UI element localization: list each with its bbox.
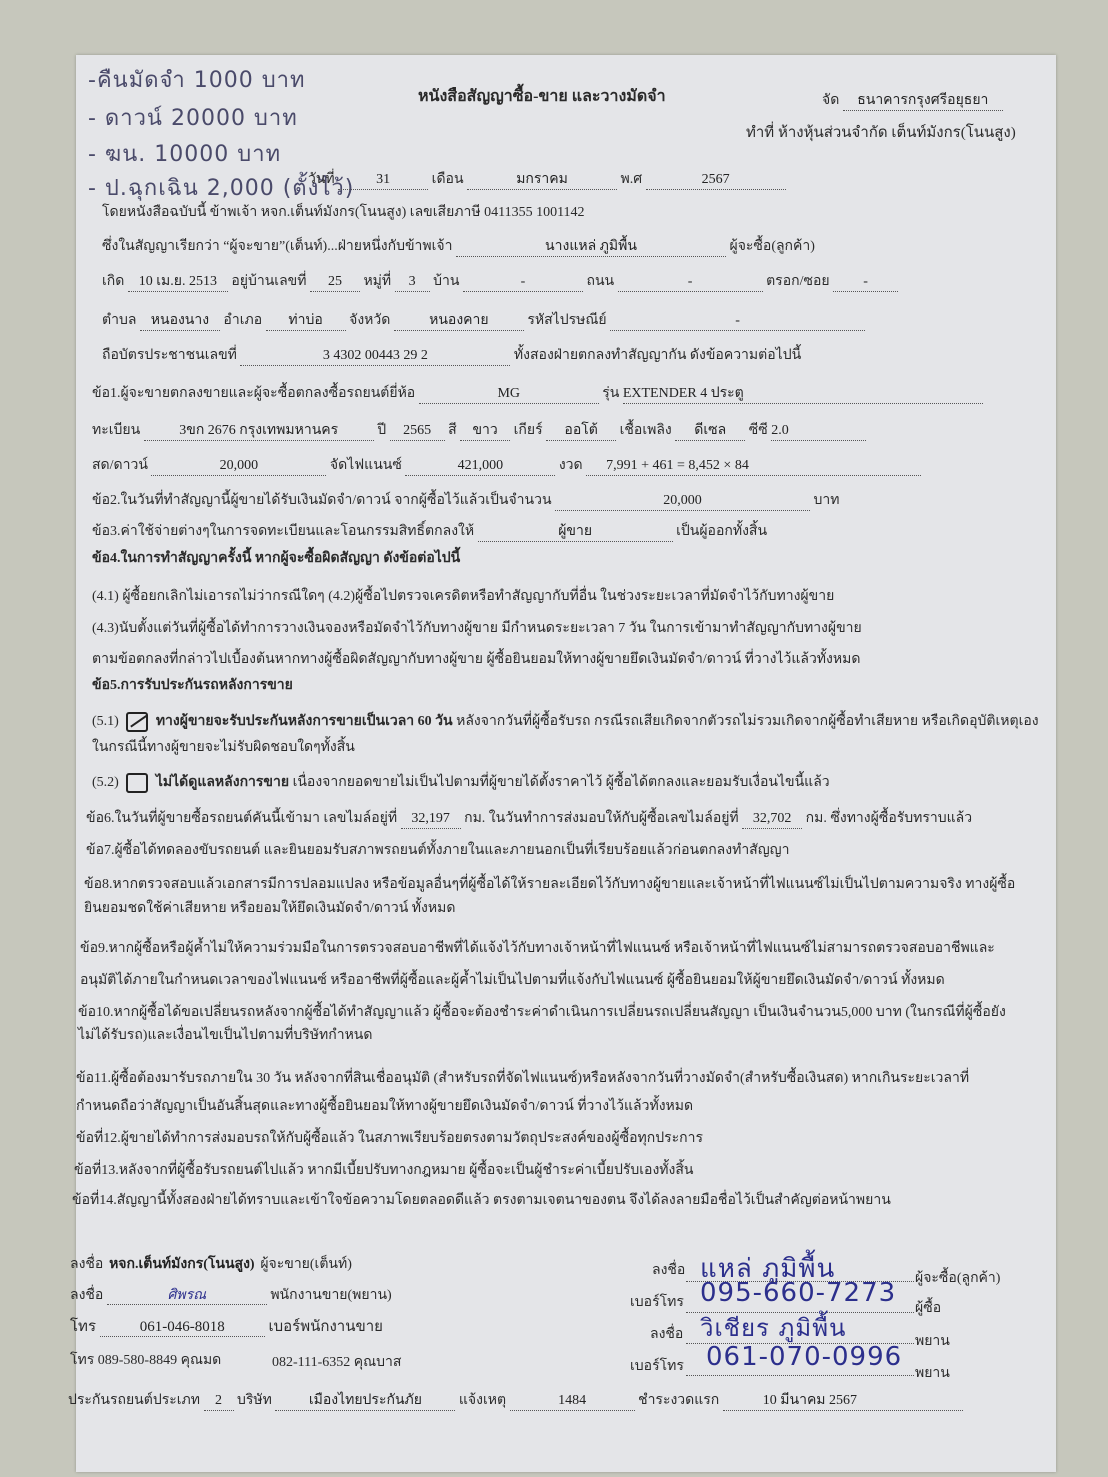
made-at: ทำที่ ห้างหุ้นส่วนจำกัด เต็นท์มังกร(โนนส… (746, 124, 1016, 142)
salesperson-signature-line: ลงชื่อ ศิพรณ พนักงานขาย(พยาน) (70, 1286, 392, 1305)
finance-label: จัด (822, 93, 839, 108)
clause-6-mid: กม. ในวันทำการส่งมอบให้กับผู้ซื้อเลขไมล์… (464, 811, 739, 826)
handwritten-note: - ดาวน์ 20000 บาท (88, 100, 298, 135)
buyer-phone-label: เบอร์โทร (630, 1294, 684, 1312)
clause-9a: ข้อ9.หากผู้ซื้อหรือผู้ค้ำไม่ให้ความร่วมม… (80, 940, 995, 958)
location-line: ตำบล หนองนาง อำเภอ ท่าบ่อ จังหวัด หนองคา… (102, 312, 865, 331)
soi-label: ตรอก/ซอย (766, 274, 830, 289)
clause-4-3b: ตามข้อตกลงที่กล่าวไปเบื้องต้นหากทางผู้ซื… (92, 651, 860, 669)
warranty-checkbox-checked[interactable] (126, 712, 148, 732)
installment: 7,991 + 461 = 8,452 × 84 (586, 457, 921, 476)
clause-3-suffix: เป็นผู้ออกทั้งสิ้น (676, 524, 767, 539)
sales-tel: 061-046-8018 (100, 1318, 265, 1337)
plate-label: ทะเบียน (92, 423, 140, 438)
handwritten-note: -คืนมัดจำ 1000 บาท (88, 62, 306, 97)
buyer-phone-role: ผู้ซื้อ (915, 1300, 941, 1318)
contact-1: โทร 089-580-8849 คุณมด (70, 1352, 221, 1370)
insurance-type-label: ประกันรถยนต์ประเภท (68, 1393, 200, 1408)
clause-6: ข้อ6.ในวันที่ผู้ขายซื้อรถยนต์คันนี้เข้าม… (86, 810, 972, 829)
cc-label: ซีซี (749, 423, 768, 438)
clause1-label: ข้อ1.ผู้จะขายตกลงขายและผู้จะซื้อตกลงซื้อ… (92, 386, 415, 401)
clause-10a: ข้อ10.หากผู้ซื้อได้ขอเปลี่ยนรถหลังจากผู้… (78, 1004, 1006, 1022)
clause-5-1: (5.1) ทางผู้ขายจะรับประกันหลังการขายเป็น… (92, 712, 1039, 732)
clause-4-title: ข้อ4.ในการทำสัญญาครั้งนี้ หากผู้จะซื้อผิ… (92, 550, 460, 568)
date-label: วันที่ (308, 172, 335, 187)
subdistrict-label: ตำบล (102, 313, 136, 328)
address-line: เกิด 10 เม.ย. 2513 อยู่บ้านเลขที่ 25 หมู… (102, 273, 898, 292)
sign-label: ลงชื่อ (70, 1257, 103, 1272)
clause-6-text: ข้อ6.ในวันที่ผู้ขายซื้อรถยนต์คันนี้เข้าม… (86, 811, 397, 826)
clause-5-1-cont: ในกรณีนี้ทางผู้ขายจะไม่รับผิดชอบใดๆทั้งส… (92, 739, 355, 757)
contact-2: 082-111-6352 คุณบาส (272, 1354, 401, 1372)
id-line: ถือบัตรประชาชนเลขที่ 3 4302 00443 29 2 ท… (102, 347, 801, 366)
vehicle-brand: MG (419, 385, 599, 404)
document-title: หนังสือสัญญาซื้อ-ขาย และวางมัดจำ (418, 88, 666, 106)
clause-11b: กำหนดถือว่าสัญญาเป็นอันสิ้นสุดและทางผู้ซ… (76, 1098, 693, 1116)
payment-line: สด/ดาวน์ 20,000 จัดไฟแนนซ์ 421,000 งวด 7… (92, 457, 921, 476)
clause-11a: ข้อ11.ผู้ซื้อต้องมารับรถภายใน 30 วัน หลั… (76, 1070, 969, 1088)
clause-10b: ไม่ได้รับรถ)และเงื่อนไขเป็นไปตามที่บริษั… (78, 1027, 372, 1045)
month-label: เดือน (432, 172, 464, 187)
buyer-phone: 095-660-7273 (700, 1278, 896, 1308)
district: ท่าบ่อ (266, 312, 346, 331)
insurance-type: 2 (204, 1392, 234, 1411)
buyer-role: ผู้จะซื้อ(ลูกค้า) (729, 239, 814, 254)
district-label: อำเภอ (223, 313, 262, 328)
insurance-line: ประกันรถยนต์ประเภท 2 บริษัท เมืองไทยประก… (68, 1392, 963, 1411)
id-label: ถือบัตรประชาชนเลขที่ (102, 348, 237, 363)
claim-label: แจ้งเหตุ (459, 1393, 506, 1408)
clause-8a: ข้อ8.หากตรวจสอบแล้วเอกสารมีการปลอมแปลง ห… (84, 876, 1015, 894)
year-value: 2567 (646, 171, 786, 190)
vehicle-gear: ออโต้ (546, 422, 616, 441)
vehicle-plate: 3ขก 2676 กรุงเทพมหานคร (144, 422, 374, 441)
down-label: สด/ดาวน์ (92, 458, 148, 473)
clause-2: ข้อ2.ในวันที่ทำสัญญานี้ผู้ขายได้รับเงินม… (92, 492, 840, 511)
gear-label: เกียร์ (514, 423, 543, 438)
clause-5-2-bold: ไม่ได้ดูแลหลังการขาย (156, 775, 289, 790)
clause-5-1-prefix: (5.1) (92, 714, 119, 729)
buyer-sign-label: ลงชื่อ (652, 1262, 685, 1280)
first-payment-label: ชำระงวดแรก (638, 1393, 719, 1408)
deposit-amount: 20,000 (555, 492, 810, 511)
moo: 3 (395, 273, 430, 292)
clause-5-1-text: หลังจากวันที่ผู้ซื้อรับรถ กรณีรถเสียเกิด… (456, 714, 1039, 729)
mileage-out: 32,702 (742, 810, 802, 829)
clause-4-1: (4.1) ผู้ซื้อยกเลิกไม่เอารถไม่ว่ากรณีใดๆ… (92, 588, 834, 606)
claim-number: 1484 (510, 1392, 635, 1411)
insurance-company-label: บริษัท (237, 1393, 272, 1408)
installment-label: งวด (559, 458, 583, 473)
seller-signature-line: ลงชื่อ หจก.เต็นท์มังกร(โนนสูง) ผู้จะขาย(… (70, 1256, 352, 1274)
seller-buyer-line: ซึ่งในสัญญาเรียกว่า “ผู้จะขาย”(เต็นท์)..… (102, 238, 815, 257)
plate-line: ทะเบียน 3ขก 2676 กรุงเทพมหานคร ปี 2565 ส… (92, 422, 866, 441)
buyer-name: นางแหล่ ภูมิพื้น (456, 238, 726, 257)
road-label: ถนน (586, 274, 614, 289)
vehicle-cc: 2.0 (771, 422, 866, 441)
id-suffix: ทั้งสองฝ่ายตกลงทำสัญญากัน ดังข้อความต่อไ… (514, 348, 801, 363)
witness-role: พยาน (915, 1333, 950, 1351)
witness-phone-line (686, 1375, 914, 1376)
finance-company: จัด ธนาคารกรุงศรีอยุธยา (822, 92, 1003, 111)
vehicle-model: EXTENDER 4 ประตู (623, 385, 983, 404)
vehicle-year: 2565 (390, 422, 445, 441)
clause-5-2: (5.2) ไม่ได้ดูแลหลังการขาย เนื่องจากยอดข… (92, 773, 830, 793)
year-label: พ.ศ (621, 172, 643, 187)
vehicle-line: ข้อ1.ผู้จะขายตกลงขายและผู้จะซื้อตกลงซื้อ… (92, 385, 983, 404)
sales-tel-role: เบอร์พนักงานขาย (269, 1319, 383, 1335)
village-label: บ้าน (433, 274, 459, 289)
province: หนองคาย (394, 312, 524, 331)
soi: - (833, 273, 898, 292)
finance-amount-label: จัดไฟแนนซ์ (330, 458, 402, 473)
intro-line: โดยหนังสือฉบับนี้ ข้าพเจ้า หจก.เต็นท์มัง… (102, 204, 585, 222)
moo-label: หมู่ที่ (363, 274, 391, 289)
clause-4-3a: (4.3)นับตั้งแต่วันที่ผู้ซื้อได้ทำการวางเ… (92, 620, 862, 638)
tel-label: โทร (70, 1319, 96, 1335)
clause-7: ข้อ7.ผู้ซื้อได้ทดลองขับรถยนต์ และยินยอมร… (86, 842, 789, 860)
clause-14: ข้อที่14.สัญญานี้ทั้งสองฝ่ายได้ทราบและเข… (72, 1192, 891, 1210)
seller-signature: หจก.เต็นท์มังกร(โนนสูง) (107, 1256, 257, 1274)
id-value: 3 4302 00443 29 2 (240, 347, 510, 366)
road: - (618, 273, 763, 292)
seller-role: ผู้จะขาย(เต็นท์) (260, 1257, 352, 1272)
subdistrict: หนองนาง (140, 312, 220, 331)
house-no-label: อยู่บ้านเลขที่ (231, 274, 306, 289)
no-warranty-checkbox[interactable] (126, 773, 148, 793)
down-payment: 20,000 (151, 457, 326, 476)
clause-5-1-bold: ทางผู้ขายจะรับประกันหลังการขายเป็นเวลา 6… (156, 714, 453, 729)
clause-3-party: ผู้ขาย (478, 523, 673, 542)
month-value: มกราคม (467, 171, 617, 190)
born-value: 10 เม.ย. 2513 (128, 273, 228, 292)
currency-unit: บาท (814, 493, 840, 508)
house-no: 25 (310, 273, 360, 292)
insurance-company: เมืองไทยประกันภัย (275, 1392, 455, 1411)
postcode: - (610, 312, 865, 331)
witness-phone-role: พยาน (915, 1365, 950, 1383)
finance-value: ธนาคารกรุงศรีอยุธยา (843, 92, 1003, 111)
handwritten-note: - ฆน. 10000 บาท (88, 136, 281, 171)
village: - (463, 273, 583, 292)
clause-9b: อนุมัติได้ภายในกำหนดเวลาของไฟแนนซ์ หรืออ… (80, 972, 945, 990)
sales-tel-line: โทร 061-046-8018 เบอร์พนักงานขาย (70, 1318, 383, 1337)
clause-3-text: ข้อ3.ค่าใช้จ่ายต่างๆในการจดทะเบียนและโอน… (92, 524, 474, 539)
color-label: สี (448, 423, 457, 438)
born-label: เกิด (102, 274, 124, 289)
vehicle-year-label: ปี (377, 423, 386, 438)
clause-5-2-text: เนื่องจากยอดขายไม่เป็นไปตามที่ผู้ขายได้ต… (293, 775, 830, 790)
clause-8b: ยินยอมชดใช้ค่าเสียหาย หรือยอมให้ยึดเงินม… (84, 900, 455, 918)
clause-3: ข้อ3.ค่าใช้จ่ายต่างๆในการจดทะเบียนและโอน… (92, 523, 767, 542)
witness-sign-label: ลงชื่อ (650, 1326, 683, 1344)
vehicle-fuel: ดีเซล (675, 422, 745, 441)
mileage-in: 32,197 (401, 810, 461, 829)
clause-2-text: ข้อ2.ในวันที่ทำสัญญานี้ผู้ขายได้รับเงินม… (92, 493, 552, 508)
buyer-sign-role: ผู้จะซื้อ(ลูกค้า) (915, 1270, 1000, 1288)
vehicle-color: ขาว (460, 422, 510, 441)
date-day: 31 (338, 171, 428, 190)
fuel-label: เชื้อเพลิง (620, 423, 672, 438)
witness-phone: 061-070-0996 (706, 1342, 902, 1372)
witness-phone-label: เบอร์โทร (630, 1358, 684, 1376)
clause-5-title: ข้อ5.การรับประกันรถหลังการขาย (92, 677, 293, 695)
clause-6-suffix: กม. ซึ่งทางผู้ซื้อรับทราบแล้ว (806, 811, 972, 826)
clause-12: ข้อที่12.ผู้ขายได้ทำการส่งมอบรถให้กับผู้… (76, 1130, 703, 1148)
clause-13: ข้อที่13.หลังจากที่ผู้ซื้อรับรถยนต์ไปแล้… (74, 1162, 693, 1180)
seller-line: ซึ่งในสัญญาเรียกว่า “ผู้จะขาย”(เต็นท์)..… (102, 239, 452, 254)
postcode-label: รหัสไปรษณีย์ (527, 313, 606, 328)
finance-amount: 421,000 (405, 457, 555, 476)
clause-5-2-prefix: (5.2) (92, 775, 119, 790)
sign-label: ลงชื่อ (70, 1288, 103, 1303)
salesperson-signature: ศิพรณ (107, 1286, 267, 1305)
salesperson-role: พนักงานขาย(พยาน) (270, 1288, 391, 1303)
province-label: จังหวัด (349, 313, 390, 328)
contract-date: วันที่ 31 เดือน มกราคม พ.ศ 2567 (308, 171, 786, 190)
first-payment-date: 10 มีนาคม 2567 (723, 1392, 963, 1411)
model-label: รุ่น (602, 386, 619, 401)
